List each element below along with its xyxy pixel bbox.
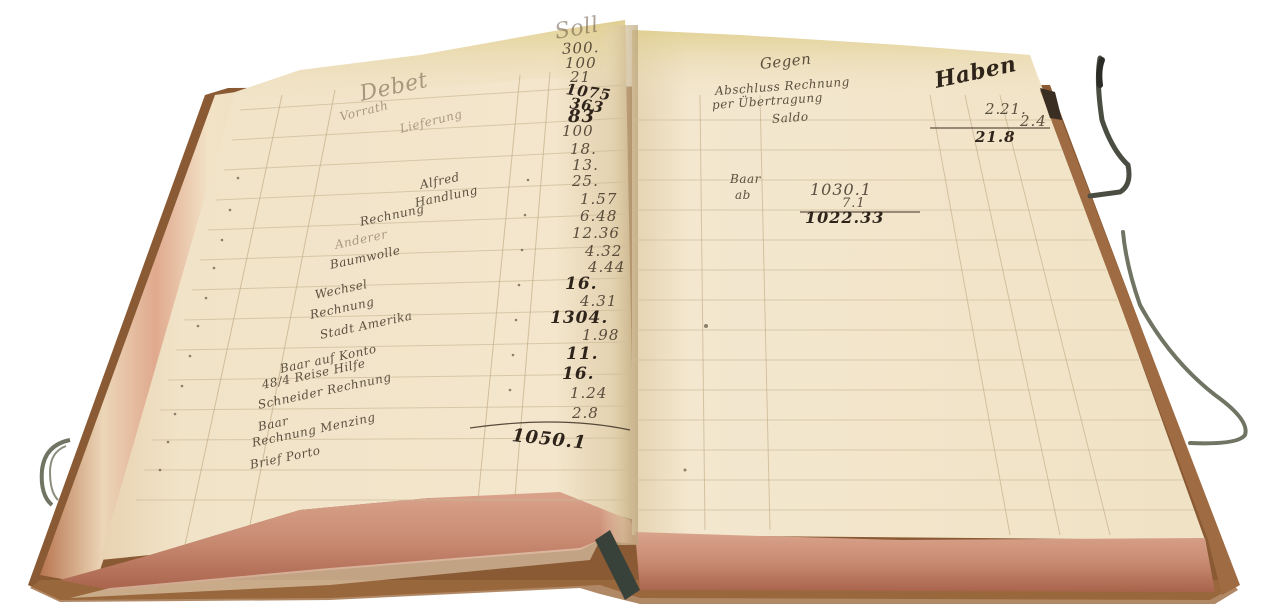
mid-total: 1022.33: [805, 208, 884, 227]
haben-total: 21.8: [975, 128, 1016, 146]
right-upper-tie-string: [1090, 58, 1129, 196]
mid-label-ab: ab: [735, 188, 751, 202]
open-ledger-book: [0, 0, 1280, 612]
mid-label-baar: Baar: [730, 172, 761, 186]
right-page-bottom-edge: [635, 532, 1215, 592]
ledger-photo: Debet Soll 300. 100 21 1075 363 83 100 1…: [0, 0, 1280, 612]
